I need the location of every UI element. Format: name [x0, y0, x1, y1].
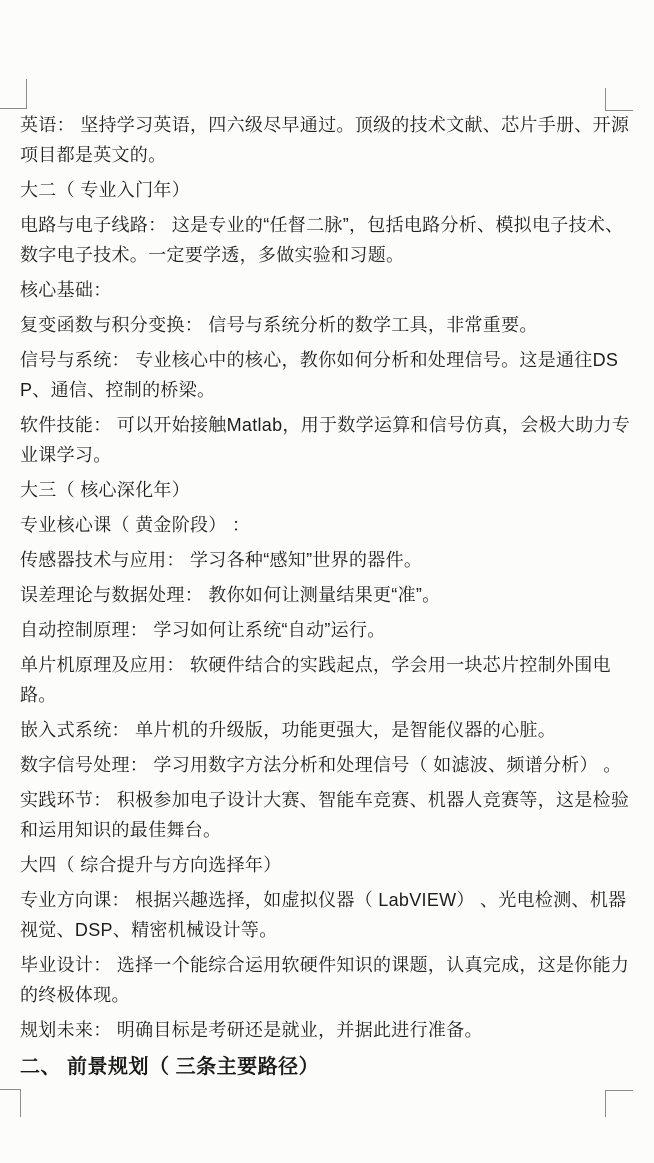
document-text-column: 英语： 坚持学习英语，四六级尽早通过。顶级的技术文献、芯片手册、开源项目都是英文… — [20, 110, 634, 1083]
paragraph-complex-functions: 复变函数与积分变换： 信号与系统分析的数学工具，非常重要。 — [20, 310, 634, 340]
crop-mark-top-left — [0, 79, 27, 109]
crop-mark-bottom-left — [0, 1089, 21, 1117]
paragraph-sensors: 传感器技术与应用： 学习各种“感知”世界的器件。 — [20, 545, 634, 575]
crop-mark-top-right — [605, 88, 633, 111]
paragraph-future-planning: 规划未来： 明确目标是考研还是就业，并据此进行准备。 — [20, 1015, 634, 1045]
document-page: 英语： 坚持学习英语，四六级尽早通过。顶级的技术文献、芯片手册、开源项目都是英文… — [0, 0, 654, 1163]
paragraph-software-skills: 软件技能： 可以开始接触Matlab，用于数学运算和信号仿真，会极大助力专业课学… — [20, 410, 634, 470]
paragraph-mcu: 单片机原理及应用： 软硬件结合的实践起点，学会用一块芯片控制外围电路。 — [20, 650, 634, 710]
paragraph-major-direction: 专业方向课： 根据兴趣选择，如虚拟仪器（ LabVIEW） 、光电检测、机器视觉… — [20, 885, 634, 945]
label-core-foundation: 核心基础： — [20, 275, 634, 305]
section-label-sophomore-year: 大二（ 专业入门年） — [20, 175, 634, 205]
section-label-senior-year: 大四（ 综合提升与方向选择年） — [20, 850, 634, 880]
paragraph-embedded-systems: 嵌入式系统： 单片机的升级版，功能更强大，是智能仪器的心脏。 — [20, 715, 634, 745]
paragraph-circuits: 电路与电子线路： 这是专业的“任督二脉”，包括电路分析、模拟电子技术、数字电子技… — [20, 210, 634, 270]
paragraph-graduation-project: 毕业设计： 选择一个能综合运用软硬件知识的课题，认真完成，这是你能力的终极体现。 — [20, 950, 634, 1010]
crop-mark-bottom-right — [605, 1090, 633, 1117]
paragraph-practice: 实践环节： 积极参加电子设计大赛、智能车竞赛、机器人竞赛等，这是检验和运用知识的… — [20, 785, 634, 845]
paragraph-auto-control: 自动控制原理： 学习如何让系统“自动”运行。 — [20, 615, 634, 645]
section-heading-prospects: 二、 前景规划（ 三条主要路径） — [20, 1052, 634, 1083]
paragraph-dsp: 数字信号处理： 学习用数字方法分析和处理信号（ 如滤波、频谱分析） 。 — [20, 750, 634, 780]
label-core-courses: 专业核心课（ 黄金阶段） ： — [20, 510, 634, 540]
paragraph-english: 英语： 坚持学习英语，四六级尽早通过。顶级的技术文献、芯片手册、开源项目都是英文… — [20, 110, 634, 170]
paragraph-signals-systems: 信号与系统： 专业核心中的核心，教你如何分析和处理信号。这是通往DSP、通信、控… — [20, 345, 634, 405]
section-label-junior-year: 大三（ 核心深化年） — [20, 475, 634, 505]
paragraph-error-theory: 误差理论与数据处理： 教你如何让测量结果更“准”。 — [20, 580, 634, 610]
